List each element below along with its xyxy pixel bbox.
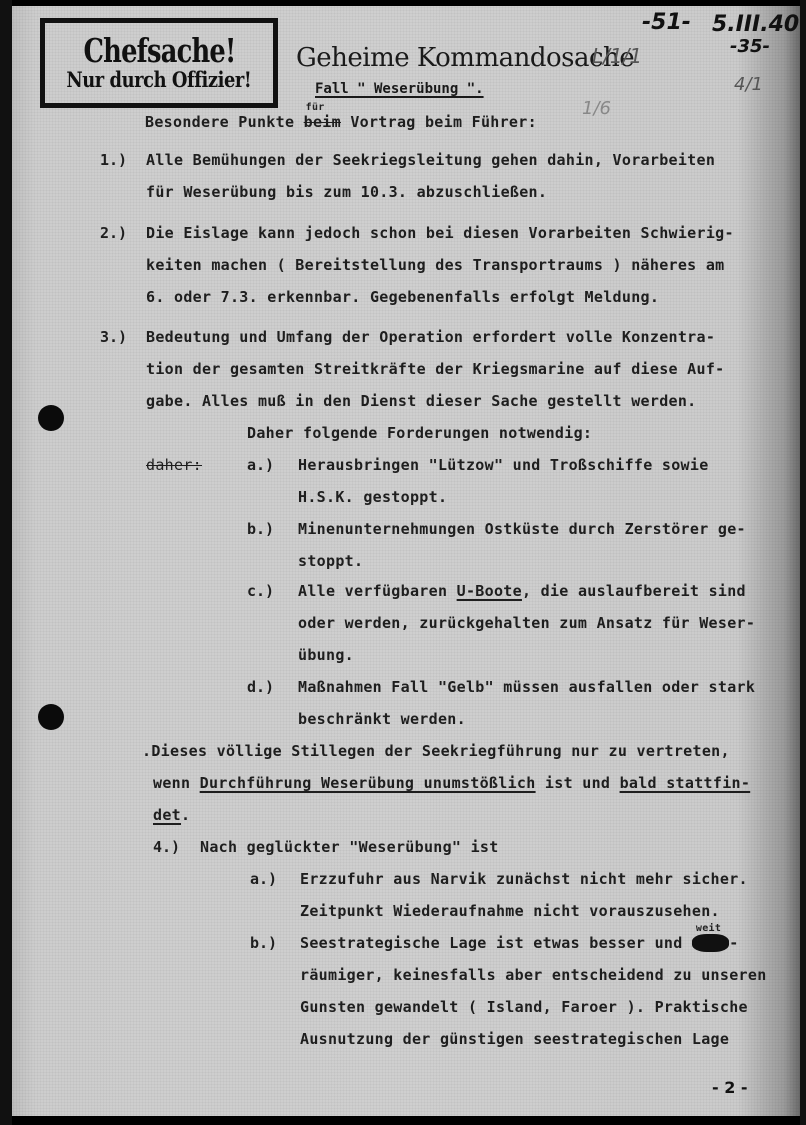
margin-struck-daher: daher: <box>146 456 202 474</box>
struck-word: beimfür <box>304 113 341 131</box>
text: . <box>181 806 190 824</box>
point-4b-line-2: räumiger, keinesfalls aber entscheidend … <box>300 966 767 984</box>
document-page: Chefsache! Nur durch Offizier! Geheime K… <box>12 6 800 1116</box>
point-3a-line-1: Herausbringen "Lützow" und Troßschiffe s… <box>298 456 709 474</box>
scan-left-edge <box>0 0 12 1125</box>
text: - <box>729 934 738 952</box>
point-1-number: 1.) <box>100 151 127 169</box>
handwritten-sub-number: -35- <box>730 36 770 57</box>
point-3b-line-1: Minenunternehmungen Ostküste durch Zerst… <box>298 520 746 538</box>
point-4a-line-1: Erzzufuhr aus Narvik zunächst nicht mehr… <box>300 870 748 888</box>
point-3-line-2: tion der gesamten Streitkräfte der Krieg… <box>146 360 725 378</box>
point-3c-label: c.) <box>247 582 274 600</box>
conclusion-line-3: det. <box>153 806 190 824</box>
point-1-line-2: für Weserübung bis zum 10.3. abzuschließ… <box>146 183 547 201</box>
text: ist und <box>536 774 620 792</box>
point-2-number: 2.) <box>100 224 127 242</box>
handwritten-mark-1: L/1/1 <box>592 44 642 68</box>
point-2-line-2: keiten machen ( Bereitstellung des Trans… <box>146 256 725 274</box>
classification-heading: Geheime Kommandosache <box>296 43 634 73</box>
point-3d-line-2: beschränkt werden. <box>298 710 466 728</box>
point-4a-line-2: Zeitpunkt Wiederaufnahme nicht vorauszus… <box>300 902 720 920</box>
text: wenn <box>153 774 200 792</box>
stamp-line-1: Chefsache! <box>83 34 235 68</box>
corrected-word: weitweit <box>692 934 729 952</box>
underlined-phrase: Durchführung Weserübung unumstößlich <box>200 774 536 792</box>
underlined-u-boote: U-Boote <box>457 582 522 600</box>
handwritten-mark-3: 4/1 <box>734 74 763 95</box>
point-4b-line-3: Gunsten gewandelt ( Island, Faroer ). Pr… <box>300 998 748 1016</box>
point-2-line-1: Die Eislage kann jedoch schon bei diesen… <box>146 224 734 242</box>
classification-stamp: Chefsache! Nur durch Offizier! <box>40 18 278 108</box>
intro-suffix: Vortrag beim Führer: <box>350 113 537 131</box>
scan-right-edge <box>800 0 806 1125</box>
point-3b-line-2: stoppt. <box>298 552 363 570</box>
text: Alle verfügbaren <box>298 582 457 600</box>
intro-line: Besondere Punkte beimfür Vortrag beim Fü… <box>145 113 537 131</box>
text: Seestrategische Lage ist etwas besser un… <box>300 934 692 952</box>
point-4b-label: b.) <box>250 934 277 952</box>
point-3c-line-3: übung. <box>298 646 354 664</box>
point-4b-line-4: Ausnutzung der günstigen seestrategische… <box>300 1030 729 1048</box>
conclusion-line-1: .Dieses völlige Stillegen der Seekriegfü… <box>142 742 730 760</box>
handwritten-mark-2: 1/6 <box>582 98 611 119</box>
ink-blot: weit <box>692 934 729 952</box>
point-4-number: 4.) <box>153 838 180 856</box>
point-3d-label: d.) <box>247 678 274 696</box>
point-3b-label: b.) <box>247 520 274 538</box>
punch-hole <box>38 704 64 730</box>
point-1-line-1: Alle Bemühungen der Seekriegsleitung geh… <box>146 151 715 169</box>
point-3-line-1: Bedeutung und Umfang der Operation erfor… <box>146 328 715 346</box>
stamp-line-2: Nur durch Offizier! <box>67 68 252 92</box>
point-4b-line-1: Seestrategische Lage ist etwas besser un… <box>300 934 739 952</box>
case-title: Fall " Weserübung ". <box>315 81 484 97</box>
handwritten-number: -51- <box>642 10 691 35</box>
inserted-word: weit <box>696 923 721 934</box>
point-3a-line-2: H.S.K. gestoppt. <box>298 488 447 506</box>
handwritten-date: 5.III.40 <box>712 12 799 37</box>
point-3c-line-1: Alle verfügbaren U-Boote, die auslaufber… <box>298 582 746 600</box>
underlined-word: det <box>153 806 181 824</box>
point-3c-line-2: oder werden, zurückgehalten zum Ansatz f… <box>298 614 755 632</box>
page-number: - 2 - <box>712 1078 748 1097</box>
point-2-line-3: 6. oder 7.3. erkennbar. Gegebenenfalls e… <box>146 288 659 306</box>
point-3d-line-1: Maßnahmen Fall "Gelb" müssen ausfallen o… <box>298 678 755 696</box>
punch-hole <box>38 405 64 431</box>
point-3-followup: Daher folgende Forderungen notwendig: <box>247 424 592 442</box>
underlined-phrase: bald stattfin- <box>620 774 751 792</box>
point-4a-label: a.) <box>250 870 277 888</box>
point-3a-label: a.) <box>247 456 274 474</box>
point-4-text: Nach geglückter "Weserübung" ist <box>200 838 499 856</box>
inserted-word: für <box>306 102 325 113</box>
intro-prefix: Besondere Punkte <box>145 113 294 131</box>
point-3-number: 3.) <box>100 328 127 346</box>
conclusion-line-2: wenn Durchführung Weserübung unumstößlic… <box>153 774 750 792</box>
text: , die auslaufbereit sind <box>522 582 746 600</box>
point-3-line-3: gabe. Alles muß in den Dienst dieser Sac… <box>146 392 697 410</box>
